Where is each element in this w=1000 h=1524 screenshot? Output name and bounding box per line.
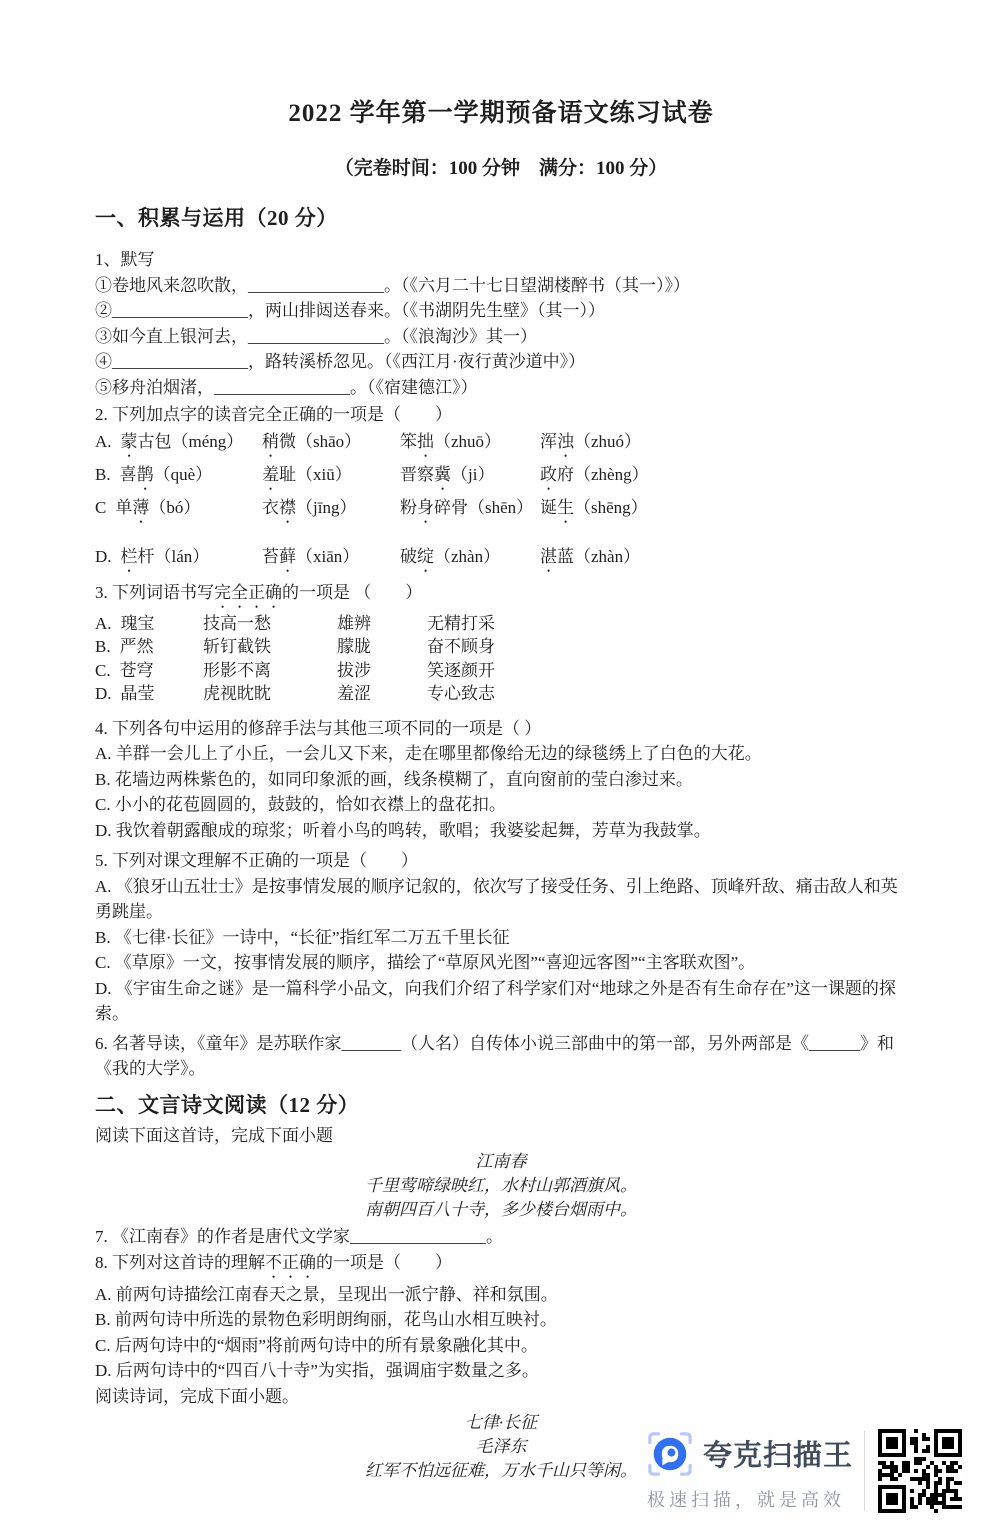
footer-slogan: 极速扫描，就是高效 <box>647 1486 853 1512</box>
q8-option-c: C. 后两句诗中的“烟雨”将前两句诗中的所有景象融化其中。 <box>95 1333 907 1359</box>
q3-option-row-c: C.苍穹 形影不离 拔涉 笑逐颜开 <box>95 659 907 683</box>
q8-option-a: A. 前两句诗描绘江南春天之景，呈现出一派宁静、祥和氛围。 <box>95 1282 907 1308</box>
q1-item-4: ④________________，路转溪桥忽见。（《西江月·夜行黄沙道中》） <box>95 349 907 375</box>
word: 专心致志 <box>427 682 907 706</box>
word-pinyin: B.喜鹊（què） <box>95 461 262 494</box>
word: D.晶莹 <box>95 682 203 706</box>
word: C.苍穹 <box>95 659 203 683</box>
word-pinyin: 稍微（shāo） <box>262 428 400 461</box>
word: 技高一愁 <box>203 612 337 636</box>
word-pinyin: 浑浊（zhuó） <box>540 428 907 461</box>
word: A.瑰宝 <box>95 612 203 636</box>
q3-option-row-b: B.严然 斩钉截铁 朦胧 奋不顾身 <box>95 635 907 659</box>
q2-label: 2. 下列加点字的读音完全正确的一项是（ ） <box>95 402 907 428</box>
q2-option-row-b: B.喜鹊（què） 羞耻（xiū） 晋察冀（ji） 政府（zhèng） <box>95 461 907 494</box>
word: 拔涉 <box>337 659 427 683</box>
word-pinyin: 笨拙（zhuō） <box>400 428 540 461</box>
reading-intro-2: 阅读诗词，完成下面小题。 <box>95 1384 907 1410</box>
word-pinyin: A.蒙古包（méng） <box>95 428 262 461</box>
q3-option-row-d: D.晶莹 虎视眈眈 羞涩 专心致志 <box>95 682 907 706</box>
q8-label: 8. 下列对这首诗的理解不正确的一项是（ ） <box>95 1250 907 1282</box>
word-pinyin: 粉身碎骨（shēn） <box>400 494 540 527</box>
section-1-heading: 一、积累与运用（20 分） <box>95 202 907 232</box>
word-pinyin: D.栏杆（lán） <box>95 543 262 576</box>
reading-intro-1: 阅读下面这首诗，完成下面小题 <box>95 1123 907 1149</box>
poem-line: 南朝四百八十寺，多少楼台烟雨中。 <box>95 1198 907 1222</box>
scanner-watermark: 夸克扫描王 极速扫描，就是高效 <box>647 1429 962 1513</box>
q7-text: 7. 《江南春》的作者是唐代文学家________________。 <box>95 1224 907 1250</box>
exam-meta: （完卷时间：100 分钟 满分：100 分） <box>95 153 907 180</box>
word: 无精打采 <box>427 612 907 636</box>
q5-option-a: A. 《狼牙山五壮士》是按事情发展的顺序记叙的，依次写了接受任务、引上绝路、顶峰… <box>95 874 907 925</box>
q2-option-row-a: A.蒙古包（méng） 稍微（shāo） 笨拙（zhuō） 浑浊（zhuó） <box>95 428 907 461</box>
q8-option-d: D. 后两句诗中的“四百八十寺”为实指，强调庙宇数量之多。 <box>95 1358 907 1384</box>
word: 形影不离 <box>203 659 337 683</box>
word-pinyin: C单薄（bó） <box>95 494 262 527</box>
q4-option-b: B. 花墙边两株紫色的，如同印象派的画，线条模糊了，直向窗前的莹白渗过来。 <box>95 767 907 793</box>
q1-item-2: ②________________，两山排闼送春来。（《书湖阴先生壁》（其一）） <box>95 298 907 324</box>
quark-logo-icon <box>647 1431 693 1477</box>
q4-option-d: D. 我饮着朝露酿成的琼浆；听着小鸟的鸣转，歌唱；我婆娑起舞，芳草为我鼓掌。 <box>95 818 907 844</box>
section-2-heading: 二、文言诗文阅读（12 分） <box>95 1089 907 1119</box>
q5-option-b: B. 《七律·长征》一诗中，“长征”指红军二万五千里长征 <box>95 925 907 951</box>
q5-option-d: D. 《宇宙生命之谜》是一篇科学小品文，向我们介绍了科学家们对“地球之外是否有生… <box>95 976 907 1027</box>
exam-page: 2022 学年第一学期预备语文练习试卷 （完卷时间：100 分钟 满分：100 … <box>0 0 1000 1524</box>
word: B.严然 <box>95 635 203 659</box>
q8-option-b: B. 前两句诗中所选的景物色彩明朗绚丽，花鸟山水相互映衬。 <box>95 1307 907 1333</box>
word: 笑逐颜开 <box>427 659 907 683</box>
word: 羞涩 <box>337 682 427 706</box>
footer-brand: 夸克扫描王 <box>703 1433 853 1474</box>
q4-option-a: A. 羊群一会儿上了小丘，一会儿又下来，走在哪里都像给无边的绿毯绣上了白色的大花… <box>95 741 907 767</box>
word-pinyin: 诞生（shēng） <box>540 494 907 527</box>
word: 朦胧 <box>337 635 427 659</box>
poem-jiangnanchun: 江南春 千里莺啼绿映红，水村山郭酒旗风。 南朝四百八十寺，多少楼台烟雨中。 <box>95 1150 907 1222</box>
q2-option-row-d: D.栏杆（lán） 苔藓（xiān） 破绽（zhàn） 湛蓝（zhàn） <box>95 543 907 576</box>
q1-item-3: ③如今直上银河去，________________。（《浪淘沙》其一） <box>95 324 907 350</box>
q4-option-c: C. 小小的花苞圆圆的，鼓鼓的，恰如衣襟上的盘花扣。 <box>95 792 907 818</box>
word: 奋不顾身 <box>427 635 907 659</box>
word-pinyin: 苔藓（xiān） <box>262 543 400 576</box>
watermark-text-block: 夸克扫描王 极速扫描，就是高效 <box>647 1431 853 1512</box>
poem-line: 千里莺啼绿映红，水村山郭酒旗风。 <box>95 1174 907 1198</box>
word-pinyin: 破绽（zhàn） <box>400 543 540 576</box>
q5-option-c: C. 《草原》一文，按事情发展的顺序，描绘了“草原风光图”“喜迎远客图”“主客联… <box>95 950 907 976</box>
word-pinyin: 衣襟（jīng） <box>262 494 400 527</box>
q2-option-row-c: C单薄（bó） 衣襟（jīng） 粉身碎骨（shēn） 诞生（shēng） <box>95 494 907 527</box>
q3-option-row-a: A.瑰宝 技高一愁 雄辨 无精打采 <box>95 612 907 636</box>
q1-label: 1、默写 <box>95 247 907 273</box>
word-pinyin: 晋察冀（ji） <box>400 461 540 494</box>
q1-item-1: ①卷地风来忽吹散，________________。（《六月二十七日望湖楼醉书（… <box>95 273 907 299</box>
word: 虎视眈眈 <box>203 682 337 706</box>
q6-text: 6. 名著导读，《童年》是苏联作家_______（人名）自传体小说三部曲中的第一… <box>95 1031 907 1082</box>
exam-content: 2022 学年第一学期预备语文练习试卷 （完卷时间：100 分钟 满分：100 … <box>95 0 907 1483</box>
q4-label: 4. 下列各句中运用的修辞手法与其他三项不同的一项是（ ） <box>95 716 907 742</box>
word: 斩钉截铁 <box>203 635 337 659</box>
word-pinyin: 政府（zhèng） <box>540 461 907 494</box>
poem-title: 江南春 <box>95 1150 907 1174</box>
footer-divider <box>864 1431 865 1511</box>
word-pinyin: 湛蓝（zhàn） <box>540 543 907 576</box>
word-pinyin: 羞耻（xiū） <box>262 461 400 494</box>
page-title: 2022 学年第一学期预备语文练习试卷 <box>95 93 907 129</box>
word: 雄辨 <box>337 612 427 636</box>
q5-label: 5. 下列对课文理解不正确的一项是（ ） <box>95 848 907 874</box>
qr-code <box>878 1429 962 1513</box>
q3-label: 3. 下列词语书写完全正确的一项是 （ ） <box>95 580 907 612</box>
q1-item-5: ⑤移舟泊烟渚，________________。（《宿建德江》） <box>95 375 907 401</box>
